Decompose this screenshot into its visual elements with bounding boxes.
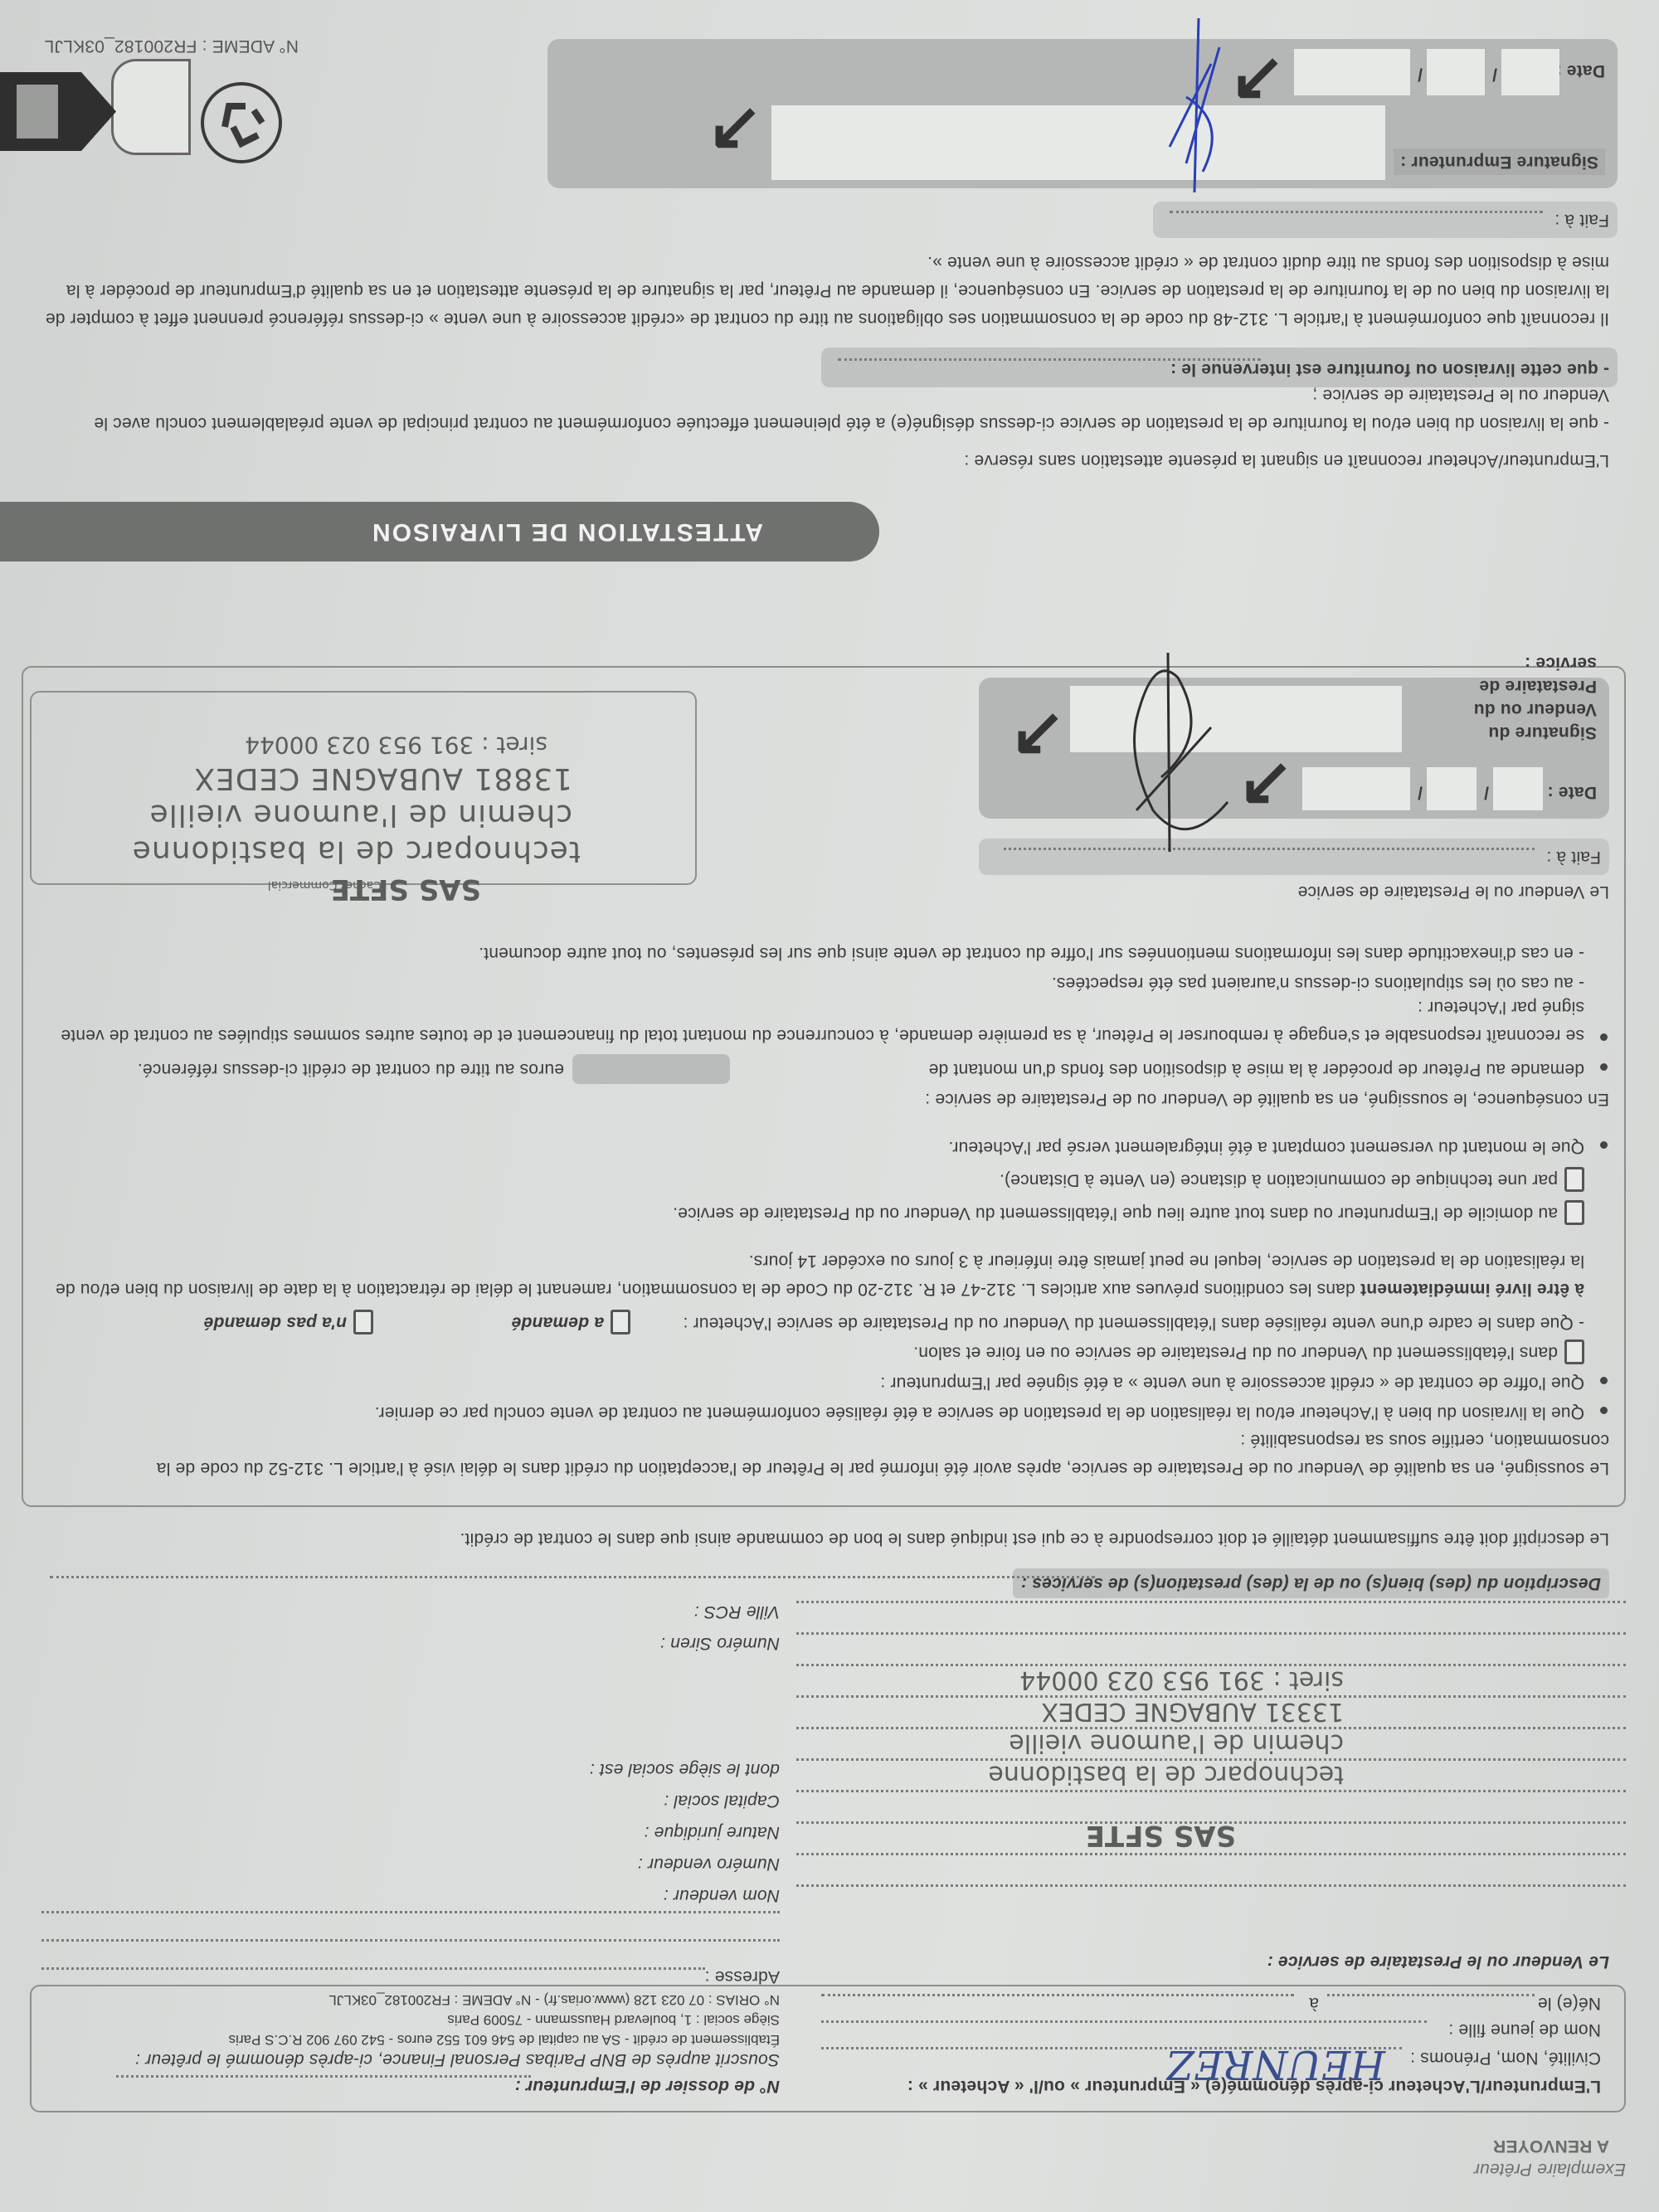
vendor-field-label: Nature juridique : [644,1822,780,1842]
bullet [1600,1141,1608,1149]
certification-intro: Le soussigné, en sa qualité de Vendeur o… [50,1426,1609,1482]
stamp-line-3: 13881 AUBAGNE CEDEX [193,761,572,795]
asked-label: a demandé [511,1313,604,1332]
vendor-field-label: dont le siège social est : [590,1759,780,1779]
asked-checkbox[interactable] [611,1310,630,1334]
address-label: Adresse : [704,1966,780,1986]
option-home-label: au domicile de l'Emprunteur ou dans tout… [673,1203,1558,1223]
stamp-subtitle: Cachet Commercial [268,878,382,892]
borrower-signature-field[interactable] [771,105,1385,180]
store-detail: - Que dans le cadre d'une vente réalisée… [683,1313,1584,1333]
home-checkbox[interactable] [1564,1200,1584,1225]
vendor-field-label: Capital social : [664,1791,780,1811]
store-checkbox[interactable] [1564,1339,1584,1364]
attestation-intro: L'Emprunteur/Acheteur reconnaît en signa… [964,450,1609,470]
distance-checkbox[interactable] [1564,1167,1584,1192]
dash-2: - en cas d'inexactitude dans les informa… [479,943,1584,963]
bullet [1600,1377,1608,1384]
borrower-place-field[interactable] [1170,211,1543,213]
date-separator: / [1418,64,1423,84]
amount-field[interactable] [572,1054,730,1084]
borrower-signature-drawing [1145,14,1244,197]
vendor-sign-label: Signature du Vendeur ou du Prestataire d… [1414,651,1597,744]
attestation-banner: ATTESTATION DE LIVRAISON [0,502,879,562]
return-label: A RENVOYER [1493,2136,1609,2156]
bullet [1600,1407,1608,1414]
borrower-date-year[interactable] [1294,49,1410,95]
description-title: Description du (des) bien(s) ou de la (d… [1013,1568,1609,1598]
vendor-field-label: Ville RCS : [694,1602,780,1621]
certification-bullet-4b: euros au titre du contrat de crédit ci-d… [138,1059,564,1079]
stamp-line-1: technoparc de la bastidonne [132,834,581,868]
option-distance: par une technique de communication à dis… [1000,1167,1584,1192]
vendor-field-label: Numéro vendeur : [638,1854,780,1874]
bullet [1600,1033,1608,1041]
date-separator: / [1418,782,1423,802]
born-place-field[interactable] [821,1994,1294,1996]
vendor-field-value: chemin de l'aumone vieille [1009,1728,1344,1757]
immediate-detail: dans les conditions prévues aux articles… [56,1252,1584,1299]
vendor-date-year[interactable] [1302,767,1410,810]
arrow-icon: ↗ [1010,702,1066,769]
not-asked-label: n'a pas demandé [203,1313,347,1332]
vendor-field-value: siret : 391 953 023 00044 [1019,1665,1344,1694]
address-field-1[interactable] [41,1967,705,1970]
option-distance-label: par une technique de communication à dis… [1000,1170,1558,1189]
born-label: Né(e) le [1538,1993,1601,2013]
vendor-field-value: 13331 AUBAGNE CEDEX [1041,1697,1344,1726]
certification-bullet-2: Que l'offre de contrat de « crédit acces… [880,1373,1584,1393]
borrower-date-label: Date : [1555,61,1605,80]
date-separator: / [1484,782,1489,802]
vendor-date-label: Date : [1547,782,1597,802]
vendor-field-value: SAS SFTE [1086,1819,1236,1852]
file-number-field[interactable] [116,2075,531,2078]
born-at: à [1309,1993,1319,2013]
vendor-date-day[interactable] [1493,767,1543,810]
certification-bullet-5: se reconnaît responsable et s'engage à r… [50,993,1584,1049]
lender-line-1: Établissement de crédit - SA au capital … [229,2031,780,2048]
description-field[interactable] [50,1576,1095,1578]
option-store-label: dans l'établissement du Vendeur ou du Pr… [913,1343,1558,1362]
borrower-place-label: Fait à : [1554,210,1609,230]
lender-subscribed: Souscrit auprès de BNP Paribas Personal … [135,2049,780,2069]
description-note: Le descriptif doit être suffisamment dét… [460,1529,1609,1548]
lender-line-3: N° ORIAS : 07 023 128 (www.orias.fr) - N… [328,1991,780,2008]
bullet [1600,1063,1608,1071]
vendor-field-label: Numéro Siren : [660,1633,780,1653]
document-page: Exemplaire Prêteur A RENVOYER N° de doss… [0,0,1659,2212]
option-store: dans l'établissement du Vendeur ou du Pr… [913,1339,1584,1364]
born-date-field[interactable] [1327,1994,1535,1996]
dash-1: - au cas où les stipulations ci-dessus n… [1052,973,1584,993]
immediate-bold: à être livré immédiatement [1360,1280,1584,1299]
civility-field[interactable] [821,2047,1402,2049]
monument-icon [0,72,116,151]
maiden-name-field[interactable] [821,2020,1427,2023]
asked-option: a demandé [511,1310,630,1334]
vendor-field-value: technoparc de la bastidonne [988,1760,1344,1789]
vendor-section-title: Le Vendeur ou le Prestataire de service … [1267,1952,1609,1971]
certification-bullet-1: Que la livraison du bien à l'Acheteur et… [375,1403,1584,1422]
copy-label: Exemplaire Prêteur [1474,2159,1626,2179]
vendor-field-input[interactable] [796,1632,1626,1635]
borrower-place-row [1153,202,1618,238]
vendor-field-input[interactable] [796,1601,1626,1603]
vendor-date-month[interactable] [1427,767,1477,810]
address-field-2[interactable] [41,1939,780,1942]
vendor-role-label: Le Vendeur ou le Prestataire de service [1297,882,1609,902]
stamp-line-4: siret : 391 953 023 00044 [245,732,547,759]
vendor-field-input[interactable] [796,1853,1626,1855]
attestation-item-1: - que la livraison du bien et/ou la four… [50,381,1609,437]
civility-label: Civilité, Nom, Prénoms : [1410,2048,1601,2068]
date-separator: / [1492,64,1497,84]
delivery-date-field[interactable] [838,358,1261,361]
lender-line-2: Siège social : 1, boulevard Haussmann - … [447,2011,780,2028]
vendor-signature-drawing [1070,636,1261,860]
vendor-place-label: Fait à : [1546,847,1601,867]
consequence-text: En conséquence, le soussigné, en sa qual… [925,1089,1609,1109]
borrower-sign-label: Signature Emprunteur : [1394,148,1605,175]
attestation-item-2: - que cette livraison ou fourniture est … [1170,359,1609,379]
option-home: au domicile de l'Emprunteur ou dans tout… [673,1200,1584,1225]
maiden-name-label: Nom de jeune fille : [1448,2020,1601,2039]
address-field-3[interactable] [41,1911,780,1913]
file-number-label: N° de dossier de l'Emprunteur : [515,2076,780,2096]
vendor-field-input[interactable] [796,1884,1626,1887]
vendor-field-label: Nom vendeur : [664,1885,780,1905]
recycle-logo-icon [201,82,282,163]
borrower-date-day[interactable] [1501,49,1559,95]
certification-bullet-4a: demande au Prêteur de procéder à la mise… [929,1059,1585,1079]
paper-mailbox-icon [111,59,191,155]
not-asked-option: n'a pas demandé [203,1310,373,1334]
immediate-text: à être livré immédiatement dans les cond… [50,1247,1584,1303]
certification-bullet-3: Que le montant du versement comptant a é… [948,1137,1584,1157]
ademe-number: N° ADEME : FR200182_03KLJL [44,36,299,56]
vendor-field-input[interactable] [796,1790,1626,1792]
borrower-date-month[interactable] [1427,49,1485,95]
arrow-icon: ↗ [708,97,763,163]
stamp-line-2: chemin de l'aumone vieille [149,798,572,832]
not-asked-checkbox[interactable] [353,1310,373,1334]
attestation-acknowledgement: Il reconnaît que conformément à l'articl… [33,248,1609,333]
